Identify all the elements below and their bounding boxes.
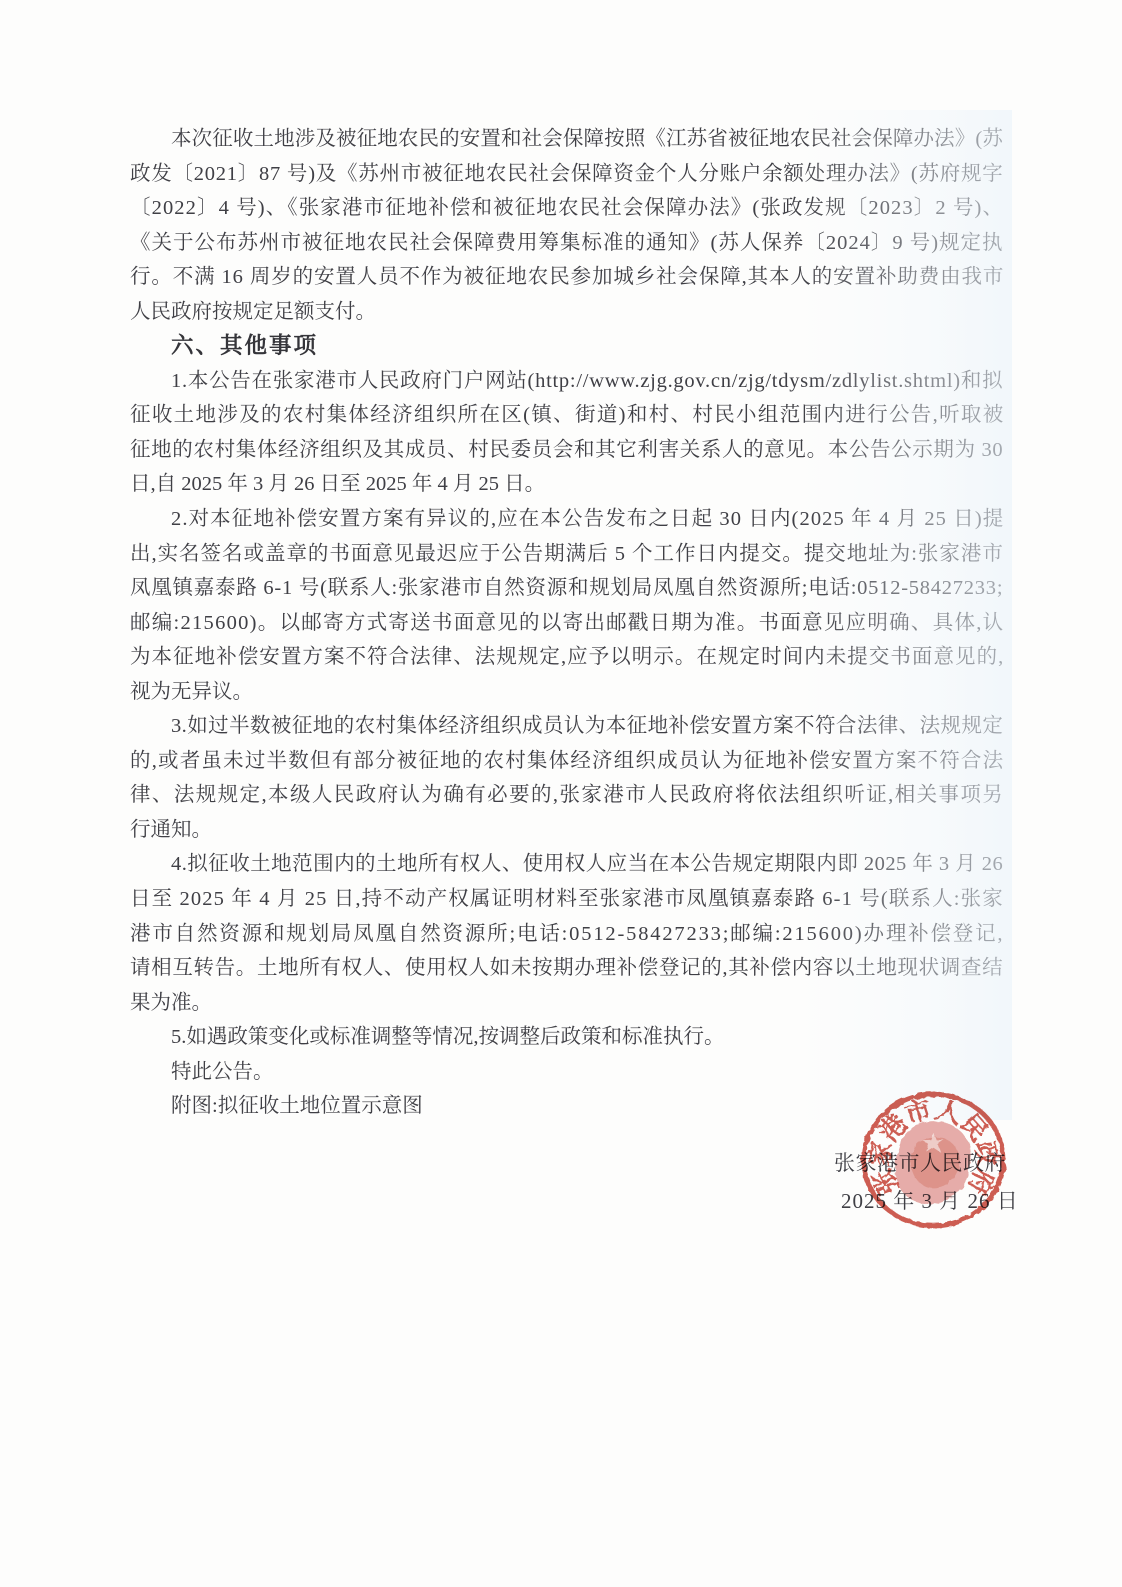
- document-line: 请相互转告。土地所有权人、使用权人如未按期办理补偿登记的,其补偿内容以土地现状调…: [130, 951, 1003, 986]
- document-line: 行通知。: [130, 813, 1003, 848]
- document-line: 政发〔2021〕87 号)及《苏州市被征地农民社会保障资金个人分账户余额处理办法…: [130, 157, 1003, 192]
- document-line: 行。不满 16 周岁的安置人员不作为被征地农民参加城乡社会保障,其本人的安置补助…: [130, 260, 1003, 295]
- section-heading: 六、其他事项: [130, 329, 1003, 364]
- document-line: 果为准。: [130, 986, 1003, 1021]
- section-item-5-policy-change: 5.如遇政策变化或标准调整等情况,按调整后政策和标准执行。: [130, 1020, 1003, 1055]
- document-line: 为本征地补偿安置方案不符合法律、法规规定,应予以明示。在规定时间内未提交书面意见…: [130, 640, 1003, 675]
- document-line: 5.如遇政策变化或标准调整等情况,按调整后政策和标准执行。: [130, 1020, 1003, 1055]
- document-line: 律、法规规定,本级人民政府认为确有必要的,张家港市人民政府将依法组织听证,相关事…: [130, 778, 1003, 813]
- document-line: 征收土地涉及的农村集体经济组织所在区(镇、街道)和村、村民小组范围内进行公告,听…: [130, 398, 1003, 433]
- document-line: 特此公告。: [130, 1055, 1003, 1090]
- document-line: 日至 2025 年 4 月 25 日,持不动产权属证明材料至张家港市凤凰镇嘉泰路…: [130, 882, 1003, 917]
- document-line: 邮编:215600)。以邮寄方式寄送书面意见的以寄出邮戳日期为准。书面意见应明确…: [130, 606, 1003, 641]
- document-line: 人民政府按规定足额支付。: [130, 295, 1003, 330]
- section-attachment-note: 附图:拟征收土地位置示意图: [130, 1089, 1003, 1124]
- document-line: 凤凰镇嘉泰路 6-1 号(联系人:张家港市自然资源和规划局凤凰自然资源所;电话:…: [130, 571, 1003, 606]
- document-line: 2.对本征地补偿安置方案有异议的,应在本公告发布之日起 30 日内(2025 年…: [130, 502, 1003, 537]
- document-line: 附图:拟征收土地位置示意图: [130, 1089, 1003, 1124]
- section-item-3-hearing: 3.如过半数被征地的农村集体经济组织成员认为本征地补偿安置方案不符合法律、法规规…: [130, 709, 1003, 847]
- announcement-page: 本次征收土地涉及被征地农民的安置和社会保障按照《江苏省被征地农民社会保障办法》(…: [0, 0, 1122, 1587]
- document-line: 征地的农村集体经济组织及其成员、村民委员会和其它利害关系人的意见。本公告公示期为…: [130, 433, 1003, 468]
- document-line: 的,或者虽未过半数但有部分被征地的农村集体经济组织成员认为征地补偿安置方案不符合…: [130, 744, 1003, 779]
- issuer-name: 张家港市人民政府: [834, 1146, 1006, 1180]
- document-line: 《关于公布苏州市被征地农民社会保障费用筹集标准的通知》(苏人保养〔2024〕9 …: [130, 226, 1003, 261]
- document-line: 4.拟征收土地范围内的土地所有权人、使用权人应当在本公告规定期限内即 2025 …: [130, 847, 1003, 882]
- document-line: 〔2022〕4 号)、《张家港市征地补偿和被征地农民社会保障办法》(张政发规〔2…: [130, 191, 1003, 226]
- section-social-security-basis: 本次征收土地涉及被征地农民的安置和社会保障按照《江苏省被征地农民社会保障办法》(…: [130, 122, 1003, 329]
- section-other-matters-heading: 六、其他事项: [130, 329, 1003, 364]
- section-item-2-objections: 2.对本征地补偿安置方案有异议的,应在本公告发布之日起 30 日内(2025 年…: [130, 502, 1003, 709]
- document-line: 出,实名签名或盖章的书面意见最迟应于公告期满后 5 个工作日内提交。提交地址为:…: [130, 537, 1003, 572]
- document-line: 3.如过半数被征地的农村集体经济组织成员认为本征地补偿安置方案不符合法律、法规规…: [130, 709, 1003, 744]
- document-line: 港市自然资源和规划局凤凰自然资源所;电话:0512-58427233;邮编:21…: [130, 917, 1003, 952]
- section-closing: 特此公告。: [130, 1055, 1003, 1090]
- document-line: 视为无异议。: [130, 675, 1003, 710]
- section-item-4-registration: 4.拟征收土地范围内的土地所有权人、使用权人应当在本公告规定期限内即 2025 …: [130, 847, 1003, 1020]
- document-line: 1.本公告在张家港市人民政府门户网站(http://www.zjg.gov.cn…: [130, 364, 1003, 399]
- document-line: 日,自 2025 年 3 月 26 日至 2025 年 4 月 25 日。: [130, 467, 1003, 502]
- section-item-1-publicity: 1.本公告在张家港市人民政府门户网站(http://www.zjg.gov.cn…: [130, 364, 1003, 502]
- document-body: 本次征收土地涉及被征地农民的安置和社会保障按照《江苏省被征地农民社会保障办法》(…: [130, 122, 1003, 1124]
- document-line: 本次征收土地涉及被征地农民的安置和社会保障按照《江苏省被征地农民社会保障办法》(…: [130, 122, 1003, 157]
- issue-date: 2025 年 3 月 26 日: [841, 1184, 1019, 1218]
